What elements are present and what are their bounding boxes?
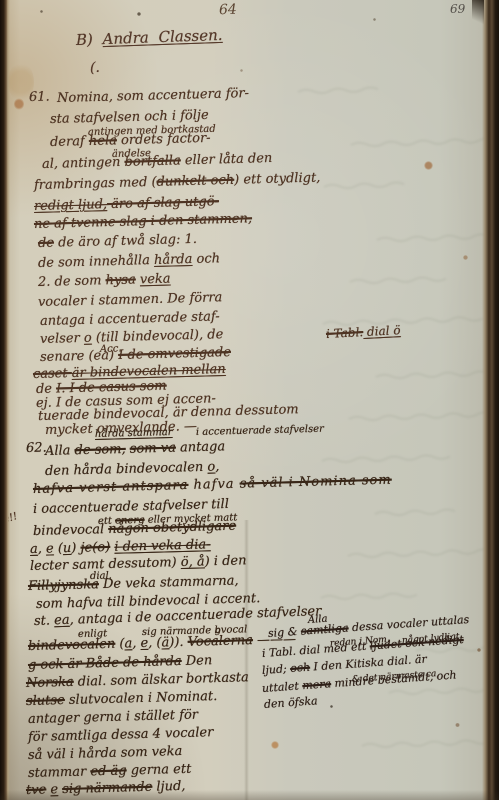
st-segment: som va <box>130 441 176 457</box>
text-segment: de som innehålla <box>38 253 154 271</box>
manuscript-photo: 64 69 B) Andra Classen.(.61.Nomina, som … <box>0 0 499 800</box>
text-segment: 62. <box>26 440 47 456</box>
folio-number-corner: 69 <box>450 2 465 16</box>
text-segment: ( <box>54 541 64 556</box>
text-segment: frambringas med ( <box>34 175 157 193</box>
un-segment: dial ö <box>363 323 401 339</box>
un-segment: veka <box>140 272 171 288</box>
st-segment: de som, <box>74 442 125 458</box>
text-segment: st. <box>34 613 55 629</box>
page-stack-edge <box>482 0 499 800</box>
st-segment: je(o) <box>80 540 110 556</box>
st-segment: Norska <box>26 675 74 691</box>
un-segment: hårda stammar <box>95 427 173 440</box>
margin-insertion: i Tabl. dial ö <box>326 324 401 340</box>
text-segment: ordets factor- <box>117 131 211 148</box>
text-segment: , <box>215 459 220 474</box>
stun-segment: redigt ljud, <box>34 197 107 214</box>
text-segment: eller låta den <box>181 151 273 168</box>
manuscript-line: sta stafvelsen och i följe <box>50 109 209 126</box>
text-segment: sig & <box>268 625 302 640</box>
text-segment: bindevocal <box>33 522 109 539</box>
text-segment: ljud, <box>152 779 186 795</box>
paragraph-number: 62. <box>26 441 47 455</box>
section-mark: (. <box>90 61 100 75</box>
st-segment: ed äg <box>90 763 127 779</box>
text-segment: 2. de som <box>38 273 106 290</box>
text-segment: ) <box>71 541 81 556</box>
st-segment: Vocalerna <box>188 633 254 650</box>
text-segment: stammar <box>28 764 91 781</box>
manuscript-line: deraf hela ordets factor- <box>50 132 211 149</box>
text-segment: hafva <box>188 477 240 493</box>
manuscript-line: så väl i hårda som veka <box>28 745 183 762</box>
text-segment: ) ett otydligt, <box>234 171 321 188</box>
st-segment: slutse <box>26 693 65 709</box>
manuscript-line: tve e sig närmande ljud, <box>26 780 186 797</box>
text-segment: ) i den <box>204 553 246 569</box>
st-segment: dunkelt och <box>156 173 234 190</box>
st-segment: och <box>290 661 311 675</box>
st-segment: I de omvestigade <box>118 345 231 363</box>
insertion: hårda stammar <box>95 428 173 440</box>
book-binding-edge <box>0 0 10 800</box>
paragraph-number: 61. <box>29 90 50 104</box>
un-segment: ö, å <box>181 554 205 570</box>
st-segment: hela <box>89 133 117 149</box>
text-segment: velser <box>40 331 84 347</box>
st-segment: tve <box>26 782 47 798</box>
text-segment: B) <box>76 30 103 49</box>
text-segment: ljud; <box>262 662 291 677</box>
text-segment: ( <box>115 636 125 651</box>
text-segment: Alla <box>45 443 75 459</box>
text-segment: 61. <box>29 89 50 105</box>
st-segment: i Tabl. <box>326 325 364 341</box>
text-segment: (. <box>90 60 100 76</box>
st-segment: bindevocalen <box>28 637 116 654</box>
st-segment: äro af slag utgö- <box>107 194 219 212</box>
text-segment: al, antingen <box>42 155 125 172</box>
text-segment: deraf <box>50 134 89 150</box>
text-segment: gerna ett <box>126 762 191 779</box>
st-segment: bortfalla <box>124 153 181 169</box>
un-segment: ea <box>54 613 70 629</box>
folio-number-center: 64 <box>219 2 237 19</box>
text-segment: antaga <box>176 439 226 455</box>
manuscript-line: de de äro af twå slag: 1. <box>38 233 197 250</box>
manuscript-line: den öfska <box>264 695 318 710</box>
st-segment: mera <box>302 677 332 692</box>
st-segment: hysa <box>105 272 136 288</box>
un-segment: hårda <box>154 252 193 268</box>
page-corner-shadow <box>472 0 484 30</box>
text-segment: Den <box>181 653 212 669</box>
st-segment: Fillyjynska <box>28 577 99 594</box>
text-segment: senare (ea) <box>40 348 119 365</box>
text-segment: )). <box>169 635 188 650</box>
st-segment: sig närmande <box>62 780 152 797</box>
stun-segment: i den veka dia- <box>114 537 211 555</box>
st-segment: caset <box>33 366 72 382</box>
manuscript-line: 2. de som hysa veka <box>38 273 171 289</box>
st-segment: de <box>38 236 54 251</box>
text-segment: , ( <box>148 636 162 651</box>
text-segment: och <box>192 251 220 267</box>
